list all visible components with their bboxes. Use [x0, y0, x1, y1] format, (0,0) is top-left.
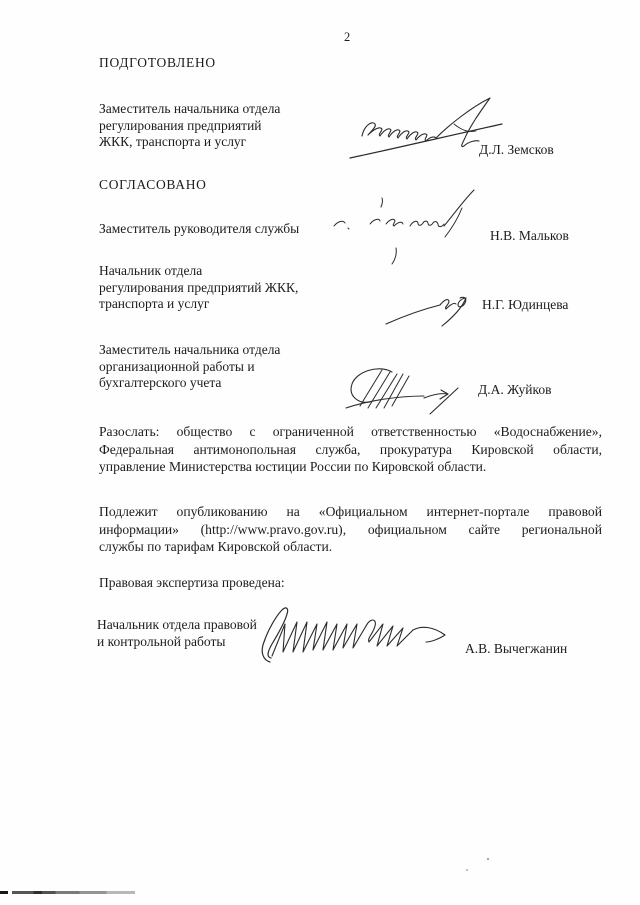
yudintseva-handwritten-signature-icon [384, 290, 474, 330]
signatory-2-name: Н.В. Мальков [490, 228, 569, 244]
agreed-heading: СОГЛАСОВАНО [99, 177, 207, 194]
title-line: Заместитель руководителя службы [99, 221, 299, 238]
title-line: и контрольной работы [97, 634, 257, 651]
signatory-1-name: Д.Л. Земсков [479, 142, 554, 158]
paragraph-line: Разослать: общество с ограниченной ответ… [99, 423, 602, 441]
title-line: Заместитель начальника отдела [99, 342, 280, 359]
scan-speck [466, 869, 468, 871]
signatory-3-name: Н.Г. Юдинцева [482, 297, 568, 313]
paragraph-line: Подлежит опубликованию на «Официальном и… [99, 503, 602, 521]
scan-speck [487, 858, 489, 860]
scan-edge-smudge [0, 891, 135, 894]
title-line: транспорта и услуг [99, 296, 298, 313]
signatory-4-title: Заместитель начальника отдела организаци… [99, 342, 280, 392]
title-line: Начальник отдела правовой [97, 617, 257, 634]
title-line: организационной работы и [99, 359, 280, 376]
title-line: ЖКК, транспорта и услуг [99, 134, 280, 151]
paragraph-line: управление Министерства юстиции России п… [99, 458, 602, 476]
title-line: регулирования предприятий ЖКК, [99, 280, 298, 297]
title-line: Начальник отдела [99, 263, 298, 280]
page-number: 2 [344, 29, 350, 46]
signatory-5-title: Начальник отдела правовой и контрольной … [97, 617, 257, 650]
title-line: регулирования предприятий [99, 118, 280, 135]
title-line: Заместитель начальника отдела [99, 101, 280, 118]
signatory-5-name: А.В. Вычегжанин [465, 641, 567, 657]
vychegzhanin-handwritten-signature-icon [258, 604, 453, 666]
zhuikov-handwritten-signature-icon [340, 360, 465, 416]
prepared-heading: ПОДГОТОВЛЕНО [99, 55, 216, 72]
mailing-paragraph: Разослать: общество с ограниченной ответ… [99, 423, 602, 476]
scanned-document-page: 2 ПОДГОТОВЛЕНО Заместитель начальника от… [0, 0, 640, 905]
publication-paragraph: Подлежит опубликованию на «Официальном и… [99, 503, 602, 556]
signatory-1-title: Заместитель начальника отдела регулирова… [99, 101, 280, 151]
paragraph-line: службы по тарифам Кировской области. [99, 538, 602, 556]
signatory-2-title: Заместитель руководителя службы [99, 221, 299, 238]
malkov-handwritten-signature-icon [326, 186, 482, 268]
title-line: бухгалтерского учета [99, 375, 280, 392]
paragraph-line: Федеральная антимонопольная служба, прок… [99, 441, 602, 459]
legal-expertise-label: Правовая экспертиза проведена: [99, 575, 285, 592]
paragraph-line: информации» (http://www.pravo.gov.ru), о… [99, 521, 602, 539]
signatory-3-title: Начальник отдела регулирования предприят… [99, 263, 298, 313]
signatory-4-name: Д.А. Жуйков [478, 382, 552, 398]
